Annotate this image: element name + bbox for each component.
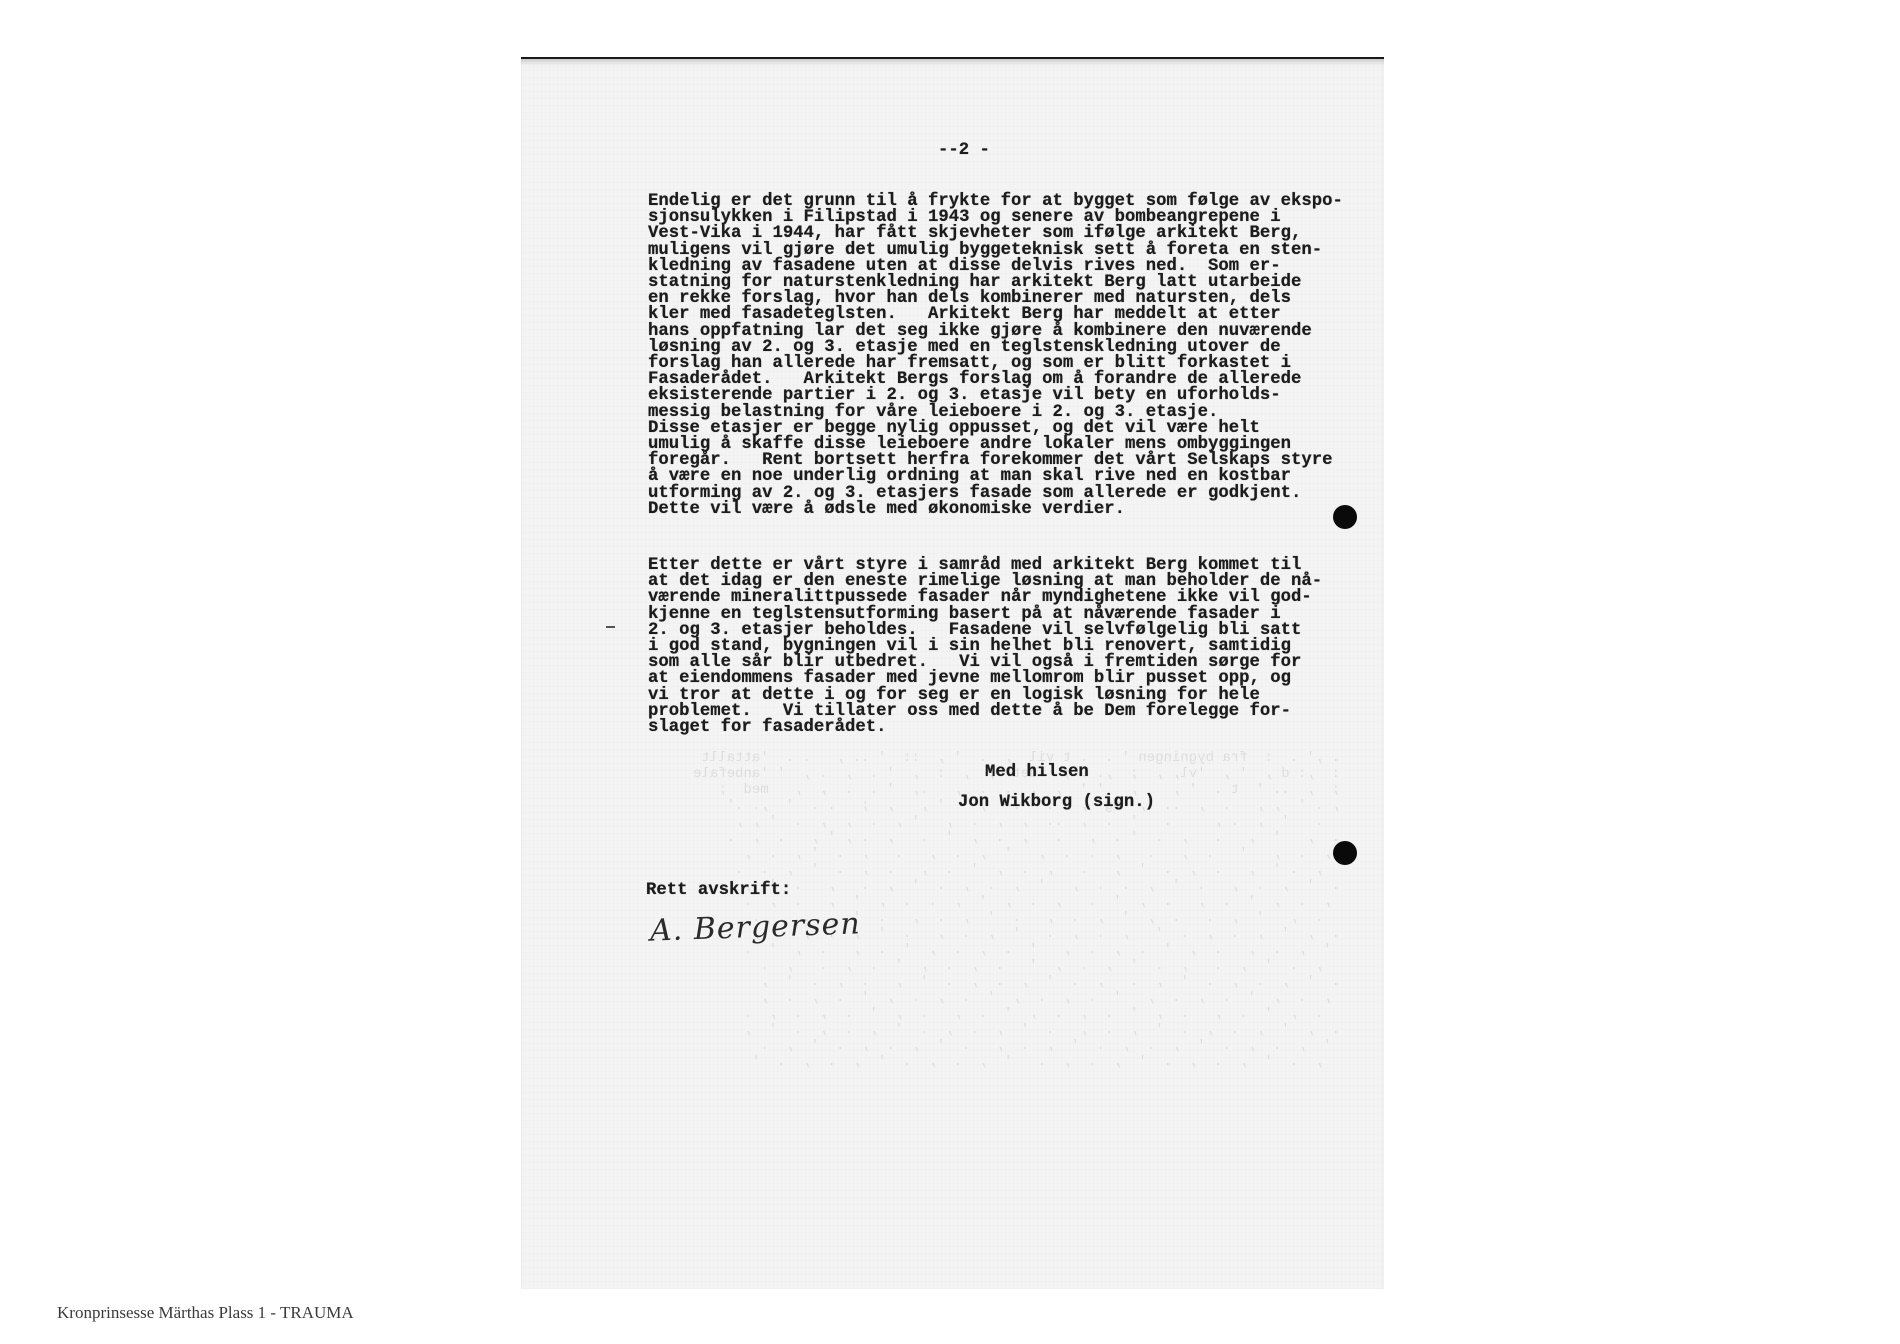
text-line: slaget for fasaderådet. — [648, 720, 1322, 736]
body-paragraph-2: Etter dette er vårt styre i samråd med a… — [648, 558, 1322, 736]
text-line: Dette vil være å ødsle med økonomiske ve… — [648, 502, 1343, 518]
certification-label: Rett avskrift: — [646, 883, 791, 899]
punch-hole-icon — [1333, 505, 1357, 529]
closing-salutation: Med hilsen — [985, 765, 1089, 781]
margin-dash-mark — [606, 626, 615, 628]
punch-hole-icon — [1333, 841, 1357, 865]
handwritten-signature: A. Bergersen — [649, 906, 861, 948]
body-paragraph-1: Endelig er det grunn til å frykte for at… — [648, 194, 1343, 518]
footer-caption: Kronprinsesse Märthas Plass 1 - TRAUMA — [57, 1303, 354, 1323]
page-number: --2 - — [938, 143, 990, 159]
signer-name: Jon Wikborg (sign.) — [958, 795, 1155, 811]
